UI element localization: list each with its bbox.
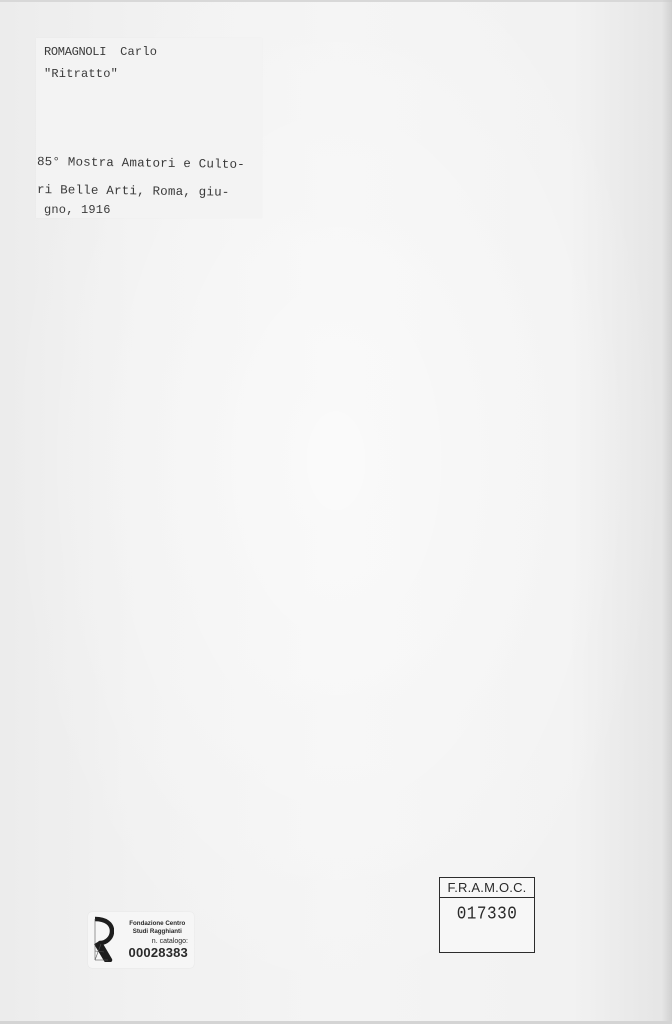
typed-label: ROMAGNOLICarlo "Ritratto" 85° Mostra Ama… xyxy=(36,38,262,218)
org-name-line-1: Fondazione Centro xyxy=(129,920,186,928)
catalog-number: 00028383 xyxy=(129,946,188,960)
exhibition-line-3: gno, 1916 xyxy=(44,204,111,216)
framoc-stamp: F.R.A.M.O.C. 017330 xyxy=(439,877,535,953)
fondazione-sticker: Fondazione Centro Studi Ragghianti n. ca… xyxy=(88,912,194,968)
right-edge-shadow xyxy=(662,0,672,1024)
sticker-text: Fondazione Centro Studi Ragghianti n. ca… xyxy=(129,920,188,960)
artist-surname: ROMAGNOLI xyxy=(44,45,106,59)
ragghianti-r-logo-icon xyxy=(92,916,114,962)
exhibition-line-1: 85° Mostra Amatori e Culto- xyxy=(37,156,245,171)
framoc-number: 017330 xyxy=(440,903,534,926)
archive-card: ROMAGNOLICarlo "Ritratto" 85° Mostra Ama… xyxy=(0,0,672,1024)
exhibition-line-2: ri Belle Arti, Roma, giu- xyxy=(37,184,230,199)
org-name-line-2: Studi Ragghianti xyxy=(129,928,186,936)
artwork-title: "Ritratto" xyxy=(44,68,118,80)
top-edge xyxy=(0,0,672,2)
artist-name: ROMAGNOLICarlo xyxy=(44,46,157,58)
framoc-header: F.R.A.M.O.C. xyxy=(440,878,534,898)
artist-given-name: Carlo xyxy=(120,45,157,59)
